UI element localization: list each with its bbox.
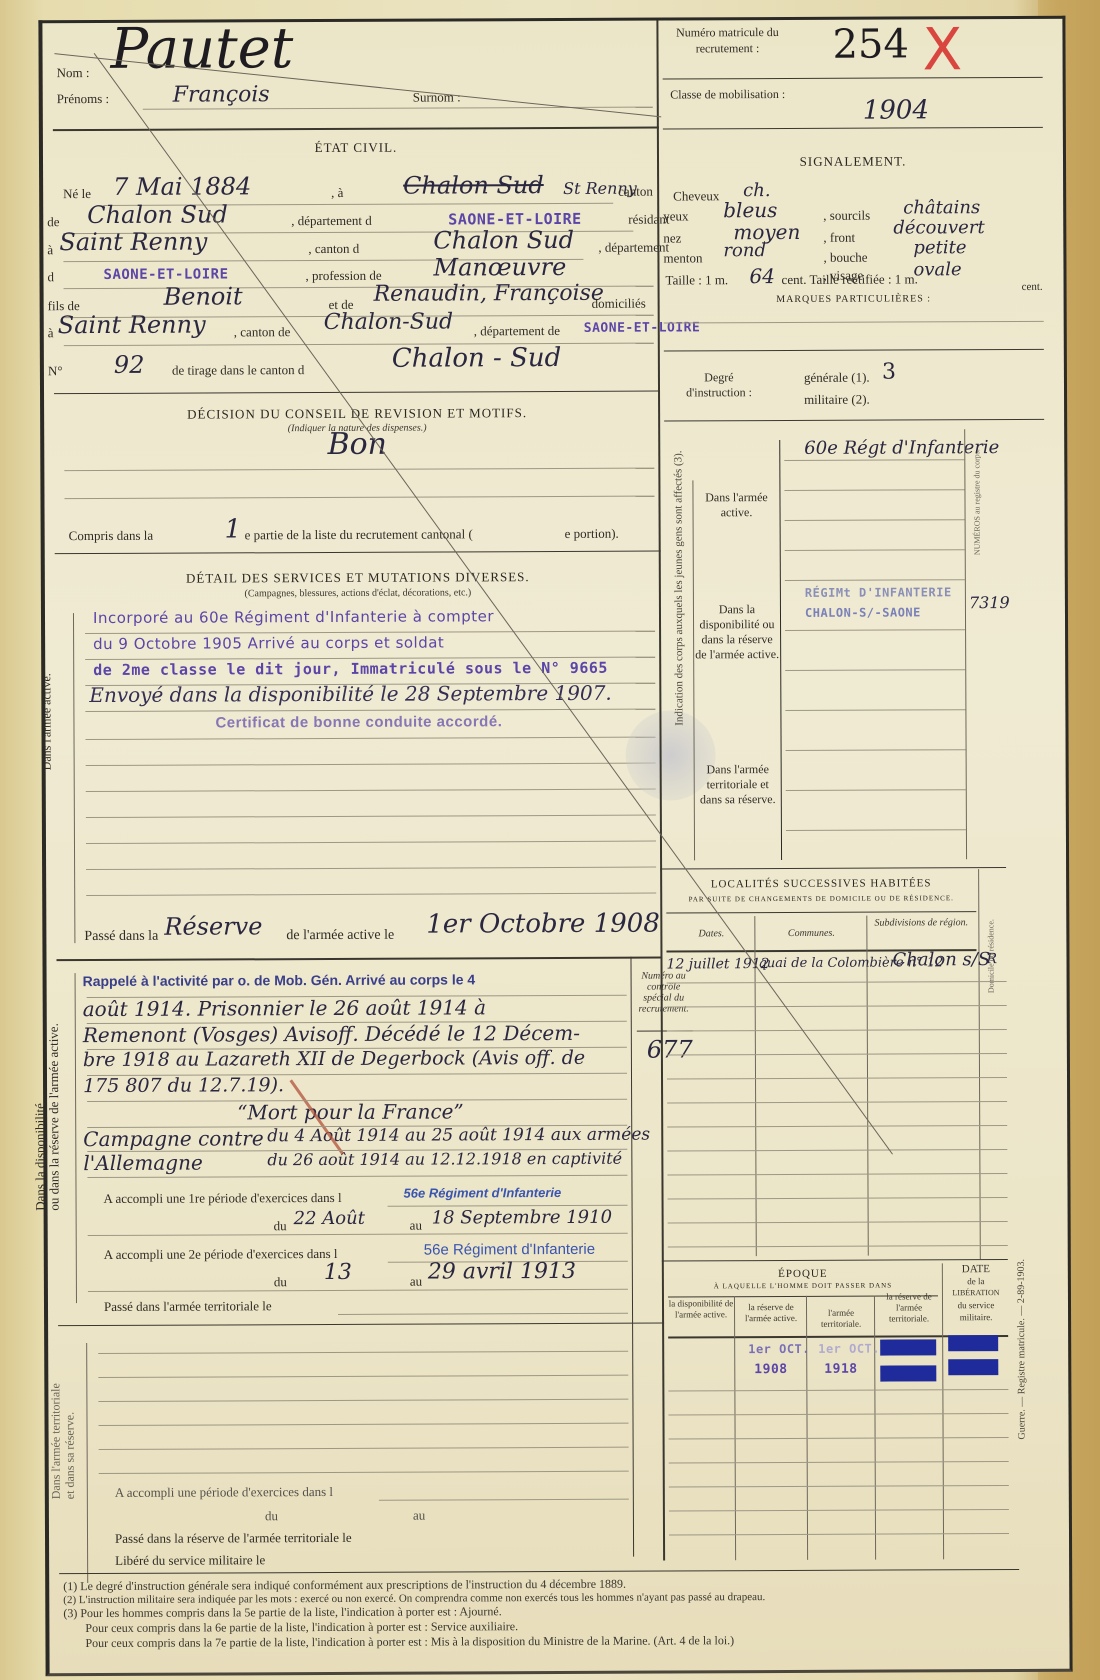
affectation-reserve-stamp-1: RÉGIMt D'INFANTERIE <box>805 585 952 600</box>
sourcils-value: châtains <box>903 197 980 218</box>
cheveux-label: Cheveux <box>673 188 719 204</box>
services-title: DÉTAIL DES SERVICES ET MUTATIONS DIVERSE… <box>55 569 661 588</box>
yeux-value: bleus <box>723 198 777 222</box>
epoque-col-disponibilite: la disponibilité de l'armée active. <box>668 1298 734 1320</box>
affectation-active-value: 60e Régt d'Infanterie <box>804 437 999 459</box>
periode2-stamp: 56e Régiment d'Infanterie <box>424 1241 595 1259</box>
nom-label: Nom : <box>57 65 90 81</box>
tirage-no: 92 <box>114 351 145 379</box>
partie-value: 1 <box>225 514 242 544</box>
service-line-3: de 2me classe le dit jour, Immatriculé s… <box>93 659 608 679</box>
date-liberation-header: DATE de la LIBÉRATION du service militai… <box>944 1263 1008 1323</box>
passe-mid: de l'armée active le <box>286 928 394 944</box>
territoriale-label: Passé dans l'armée territoriale le <box>104 1298 272 1315</box>
signalement-title: SIGNALEMENT. <box>663 153 1043 171</box>
canton-value: Chalon Sud <box>87 200 228 229</box>
passe-value: Réserve <box>164 912 262 940</box>
menton-value: rond <box>723 240 766 261</box>
service-line-2: du 9 Octobre 1905 Arrivé au corps et sol… <box>93 633 444 653</box>
d-label: d <box>47 269 54 285</box>
localites-col-subdivisions: Subdivisions de région. <box>866 917 976 928</box>
portion-label: e portion). <box>565 526 619 542</box>
marques-label: MARQUES PARTICULIÈRES : <box>664 293 1044 306</box>
periode1-label: A accompli une 1re période d'exercices d… <box>104 1190 342 1207</box>
visage-value: ovale <box>913 259 961 280</box>
front-value: découvert <box>893 217 984 238</box>
footnotes: (1) Le degré d'instruction générale sera… <box>63 1575 1013 1651</box>
canton-res-value: Chalon Sud <box>433 226 574 255</box>
localite-subdivision: Chalon s/S <box>892 949 990 970</box>
localites-col-communes: Communes. <box>756 928 866 939</box>
services-subtitle: (Campagnes, blessures, actions d'éclat, … <box>55 587 661 601</box>
periode2-label: A accompli une 2e période d'exercices da… <box>104 1246 338 1263</box>
registre-matricule-page: Nom : Pautet Prénoms : François Surnom :… <box>38 16 1072 1676</box>
nom-value: Pautet <box>110 16 293 82</box>
footnote-5: Pour ceux compris dans la 7e partie de l… <box>63 1632 1013 1651</box>
residence-value: Saint Renny <box>59 228 207 257</box>
campagne-label-1: Campagne contre <box>83 1126 263 1151</box>
date-header-3: LIBÉRATION <box>944 1287 1008 1299</box>
affectations-side-label: Indication des corps auxquels les jeunes… <box>672 450 685 725</box>
cent-label: cent. <box>1022 281 1043 293</box>
menton-label: menton <box>663 250 702 266</box>
rappel-line-1: Rappelé à l'activité par o. de Mob. Gén.… <box>83 971 476 989</box>
mere-value: Renaudin, Françoise <box>374 281 604 307</box>
epoque-subtitle: À LAQUELLE L'HOMME DOIT PASSER DANS <box>668 1281 938 1290</box>
blue-strike-bar <box>880 1365 936 1381</box>
decision-value: Bon <box>54 426 660 464</box>
margin-print: Guerre. — Registre matricule. — 2-89-190… <box>1016 1259 1028 1440</box>
territoriale-du-label: du <box>265 1508 278 1524</box>
service-line-1: Incorporé au 60e Régiment d'Infanterie à… <box>93 607 494 627</box>
militaire-label: militaire (2). <box>804 392 870 408</box>
classe-label: Classe de mobilisation : <box>663 86 793 103</box>
pere-value: Benoit <box>164 282 243 310</box>
periode1-du: 22 Août <box>294 1208 365 1229</box>
numero-registre-value: 7319 <box>969 593 1010 612</box>
tirage-canton: Chalon - Sud <box>392 343 562 374</box>
compris-label: Compris dans la <box>69 528 154 544</box>
services-side-label: Dans l'armée active. <box>39 673 54 770</box>
yeux-label: yeux <box>663 208 688 224</box>
canton-dom-label: , canton de <box>234 324 291 340</box>
canton-label: canton <box>618 184 653 200</box>
affectation-territoriale-label: Dans l'armée territoriale et dans sa rés… <box>696 762 780 807</box>
front-label: , front <box>823 230 855 246</box>
date-header-2: de la <box>944 1275 1008 1287</box>
red-x-mark: X <box>922 15 962 83</box>
lieu-naissance-struck: Chalon Sud <box>403 171 544 200</box>
ne-le-label: Né le <box>63 186 91 202</box>
periode2-du-label: du <box>274 1274 287 1290</box>
epoque-title: ÉPOQUE <box>668 1267 938 1280</box>
territoriale-periode-label: A accompli une période d'exercices dans … <box>115 1484 333 1501</box>
matricule-label: Numéro matricule du recrutement : <box>662 24 792 57</box>
numero-controle-header: Numéro au contrôle spécial du recrutemen… <box>633 970 695 1014</box>
affectation-reserve-stamp-2: CHALON-S/-SAONE <box>805 605 921 620</box>
periode1-au-label: au <box>410 1218 422 1234</box>
bouche-value: petite <box>913 237 966 258</box>
prenoms-value: François <box>173 82 270 107</box>
bouche-label: , bouche <box>823 250 867 266</box>
rappel-line-3: Remenont (Vosges) Avisoff. Décédé le 12 … <box>83 1021 580 1047</box>
profession-value: Manœuvre <box>433 253 566 282</box>
localites-subtitle: PAR SUITE DE CHANGEMENTS DE DOMICILE OU … <box>666 894 976 903</box>
profession-label: , profession de <box>305 268 381 284</box>
localite-extra: R <box>986 951 997 967</box>
matricule-value: 254 <box>832 21 909 67</box>
classe-value: 1904 <box>863 95 929 125</box>
canton-dom-value: Chalon-Sud <box>324 309 453 335</box>
territoriale-side-label-1: Dans l'armée territoriale <box>48 1383 63 1499</box>
reserve-side-labels: Dans la disponibilité ou dans la réserve… <box>33 1023 62 1211</box>
blue-strike-bar <box>880 1339 936 1355</box>
campagne-line-2: du 26 août 1914 au 12.12.1918 en captivi… <box>267 1149 622 1170</box>
date-header-5: militaire. <box>944 1311 1008 1323</box>
domicile-value: Saint Renny <box>58 311 206 340</box>
rappel-line-4: bre 1918 au Lazareth XII de Degerbock (A… <box>83 1047 585 1071</box>
departement-label: , département d <box>291 213 372 229</box>
numeros-registre-header: NUMÉROS au registre du corps. <box>972 449 981 555</box>
mort-pour-la-france: “Mort pour la France” <box>237 1099 464 1124</box>
blue-strike-bar <box>948 1359 998 1375</box>
periode2-au: 29 avril 1913 <box>428 1259 576 1285</box>
canton-res-label: , canton d <box>308 241 359 257</box>
reserve-side-label-2: ou dans la réserve de l'armée active. <box>46 1023 62 1211</box>
passe-date: 1er Octobre 1908 <box>426 909 660 940</box>
localites-title: LOCALITÉS SUCCESSIVES HABITÉES <box>666 877 976 890</box>
domicile-a-label: à <box>48 325 54 341</box>
territoriale-side-label-2: et dans sa réserve. <box>62 1412 76 1499</box>
epoque-col-territoriale: l'armée territoriale. <box>808 1308 874 1330</box>
epoque-territoriale-1: 1er OCT. <box>818 1342 880 1356</box>
passe-label: Passé dans la <box>84 929 158 945</box>
taille-rest: cent. Taille rectifiée : 1 m. <box>781 271 917 288</box>
epoque-col-reserve-active: la réserve de l'armée active. <box>736 1302 806 1324</box>
territoriale-reserve-label: Passé dans la réserve de l'armée territo… <box>115 1530 352 1547</box>
numero-controle-value: 677 <box>647 1035 693 1063</box>
decision-title: DÉCISION DU CONSEIL DE REVISION ET MOTIF… <box>54 405 660 424</box>
territoriale-side-labels: Dans l'armée territoriale et dans sa rés… <box>48 1383 77 1499</box>
etat-civil-title: ÉTAT CIVIL. <box>53 139 659 158</box>
periode2-du: 13 <box>324 1260 352 1285</box>
taille-label: Taille : 1 m. <box>665 272 728 288</box>
affectation-active-label: Dans l'armée active. <box>694 490 778 520</box>
epoque-col-reserve-territoriale: la réserve de l'armée territoriale. <box>876 1291 942 1324</box>
departement3-label: , département de <box>474 323 560 339</box>
campagne-label-2: l'Allemagne <box>83 1151 202 1176</box>
taille-cm: 64 <box>749 264 775 288</box>
epoque-reserve-active-1: 1er OCT. <box>748 1342 810 1356</box>
date-header-4: du service <box>944 1299 1008 1311</box>
epoque-territoriale-2: 1918 <box>824 1362 857 1377</box>
residence-a-label: à <box>47 242 53 258</box>
blue-strike-bar <box>948 1335 998 1351</box>
territoriale-au-label: au <box>413 1508 425 1524</box>
periode1-du-label: du <box>274 1218 287 1234</box>
tirage-label: de tirage dans le canton d <box>172 362 305 379</box>
no-label: N° <box>48 363 63 379</box>
epoque-reserve-active-2: 1908 <box>754 1362 787 1377</box>
prenoms-label: Prénoms : <box>57 91 109 107</box>
libere-label: Libéré du service militaire le <box>115 1552 265 1569</box>
departement2-stamp: SAONE-ET-LOIRE <box>103 266 228 283</box>
rappel-line-2: août 1914. Prisonnier le 26 août 1914 à <box>83 995 486 1021</box>
localites-col-dates: Dates. <box>666 928 756 939</box>
generale-value: 3 <box>882 360 896 385</box>
periode1-stamp: 56e Régiment d'Infanterie <box>403 1185 561 1201</box>
a-label: , à <box>331 185 343 201</box>
certificat-stamp: Certificat de bonne conduite accordé. <box>215 713 502 731</box>
generale-label: générale (1). <box>804 370 870 386</box>
periode1-au: 18 Septembre 1910 <box>432 1207 612 1229</box>
nez-label: nez <box>663 230 681 246</box>
date-header-1: DATE <box>944 1263 1008 1275</box>
de-label: de <box>47 214 59 230</box>
periode2-au-label: au <box>410 1274 422 1290</box>
sourcils-label: , sourcils <box>823 208 870 224</box>
instruction-label: Degré d'instruction : <box>674 370 764 400</box>
rappel-line-5: 175 807 du 12.7.19). <box>83 1074 284 1097</box>
domicilies-label: domiciliés <box>592 296 646 312</box>
affectation-reserve-label: Dans la disponibilité ou dans la réserve… <box>695 602 779 662</box>
